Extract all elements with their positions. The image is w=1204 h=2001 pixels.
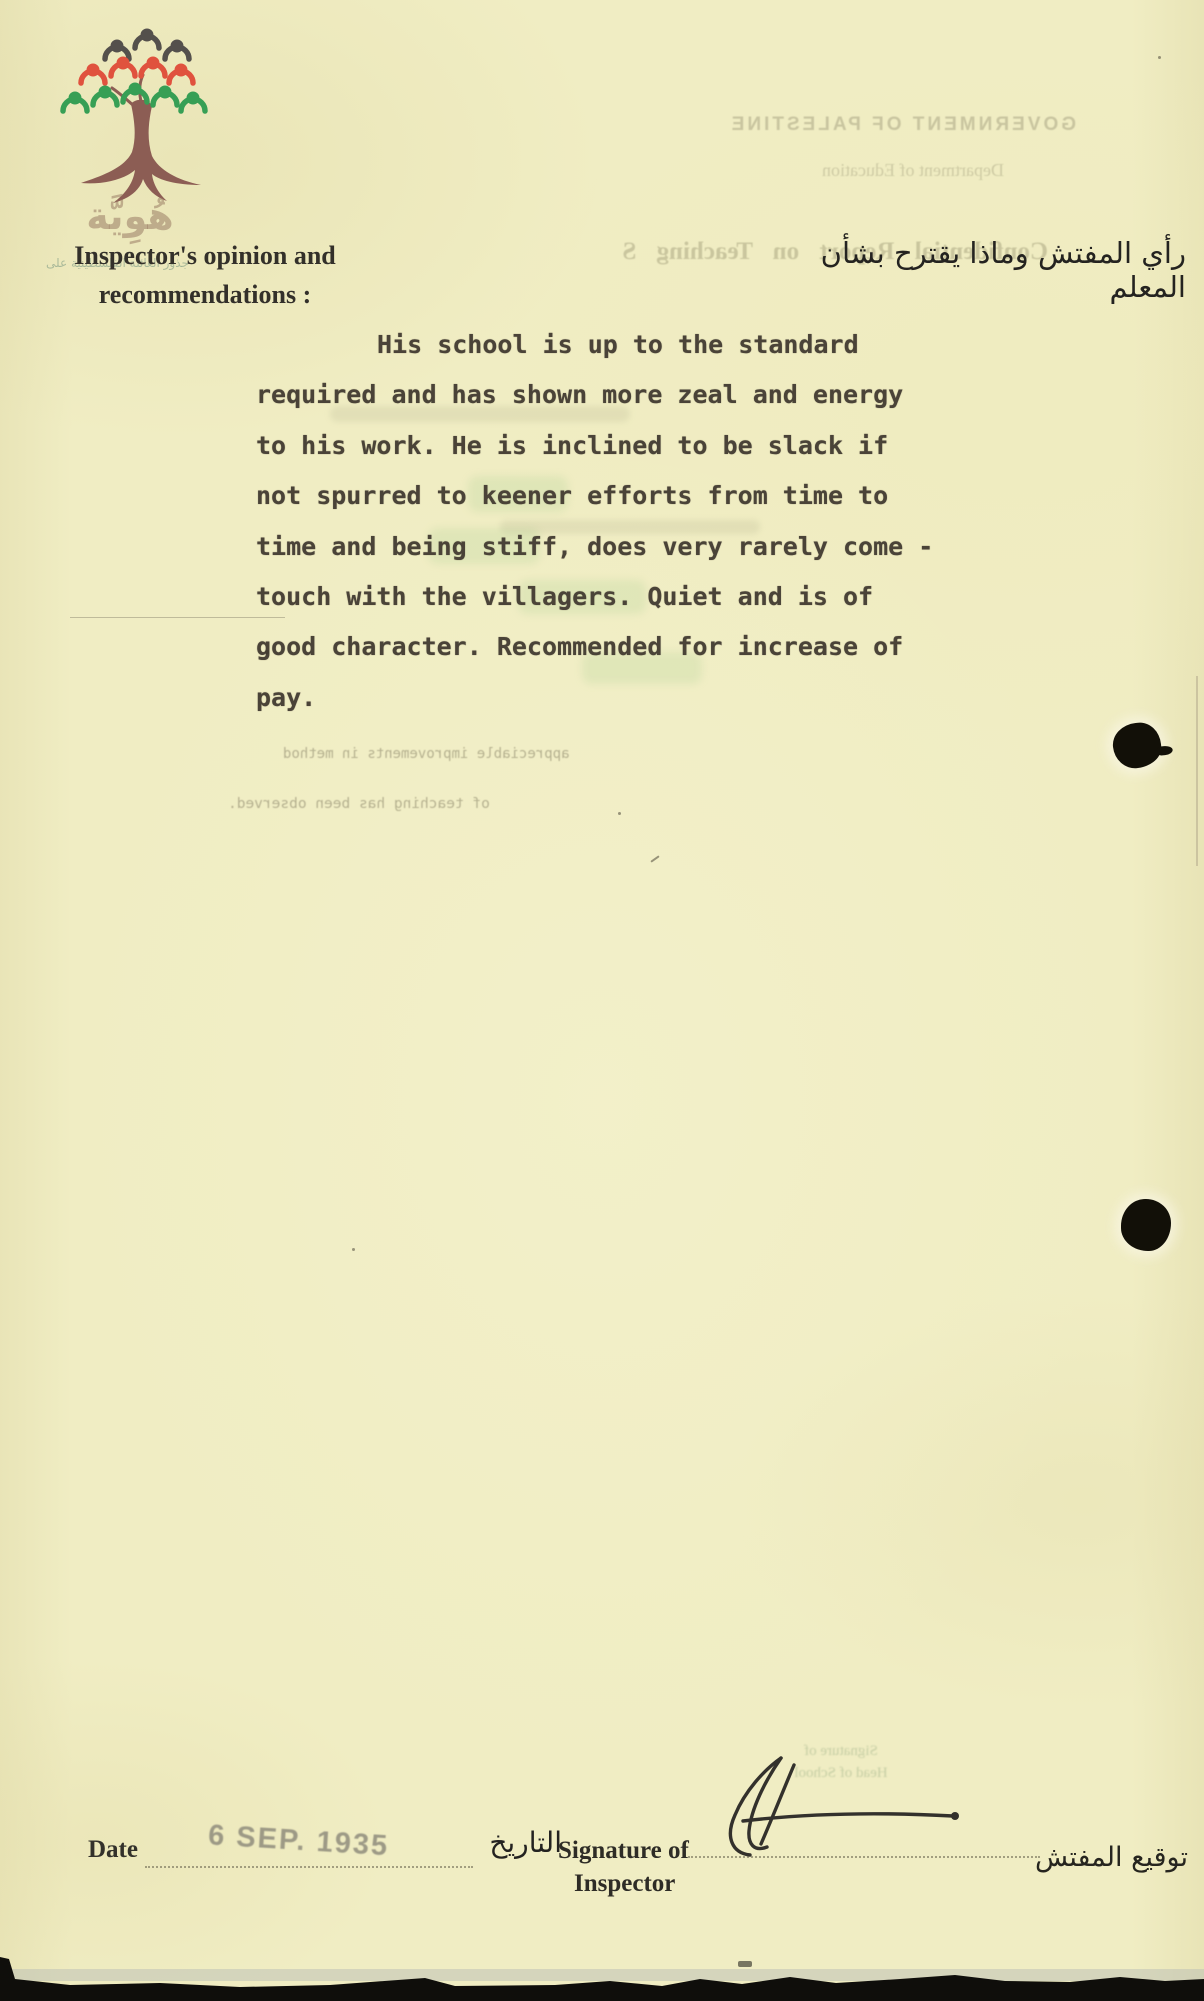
typed-line: pay. — [256, 673, 956, 723]
signature-label: Signature of Inspector — [558, 1834, 689, 1900]
typed-line: required and has shown more zeal and ene… — [256, 370, 956, 420]
typed-line: time and being stiff, does very rarely c… — [256, 522, 956, 572]
watermark-name-arabic: هُوِيَّة — [80, 194, 180, 238]
tree-people-icons — [63, 29, 205, 111]
pencil-mark — [650, 855, 659, 862]
ghost-body-line: appreciable improvements in method — [283, 746, 570, 762]
faint-pencil-line — [70, 617, 285, 618]
dust-speck — [1158, 56, 1161, 59]
inspector-opinion-label-line1: Inspector's opinion and — [55, 236, 355, 275]
tree-of-people-logo — [55, 22, 235, 222]
typewritten-opinion-paragraph: His school is up to the standard require… — [256, 320, 956, 723]
inspector-opinion-label: Inspector's opinion and recommendations … — [55, 236, 355, 314]
ink-hole-mark-bottom — [1121, 1199, 1171, 1251]
typed-line: not spurred to keener efforts from time … — [256, 471, 956, 521]
ghost-body-line: of teaching has been observed. — [228, 796, 490, 812]
scan-bottom-edge — [0, 1931, 1204, 2001]
typed-line: touch with the villagers. Quiet and is o… — [256, 572, 956, 622]
signature-label-line2: Inspector — [558, 1867, 689, 1900]
typed-line: good character. Recommended for increase… — [256, 622, 956, 672]
scan-edge-line — [1196, 676, 1198, 866]
ghost-government-heading: GOVERNMENT OF PALESTINE — [756, 114, 1076, 136]
dust-speck — [618, 812, 621, 815]
signature-label-arabic: توقيع المفتش — [1030, 1842, 1188, 1873]
ink-hole-mark-top — [1111, 721, 1163, 771]
typed-line: to his work. He is inclined to be slack … — [256, 421, 956, 471]
inspector-opinion-label-arabic: رأي المفتش وماذا يقترح بشأن المعلم — [810, 236, 1186, 304]
inspector-opinion-label-line2: recommendations : — [55, 275, 355, 314]
inspector-signature-ink — [690, 1752, 990, 1862]
dust-speck — [352, 1248, 355, 1251]
typed-line: His school is up to the standard — [256, 320, 956, 370]
ghost-department-heading: Department of Education — [778, 160, 1048, 181]
scanned-document-page: { "document": { "type": "Scanned histori… — [0, 0, 1204, 2001]
signature-label-line1: Signature of — [558, 1834, 689, 1867]
dust-speck — [265, 650, 269, 654]
date-label-arabic: التاريخ — [462, 1826, 562, 1859]
date-label: Date — [88, 1836, 138, 1864]
